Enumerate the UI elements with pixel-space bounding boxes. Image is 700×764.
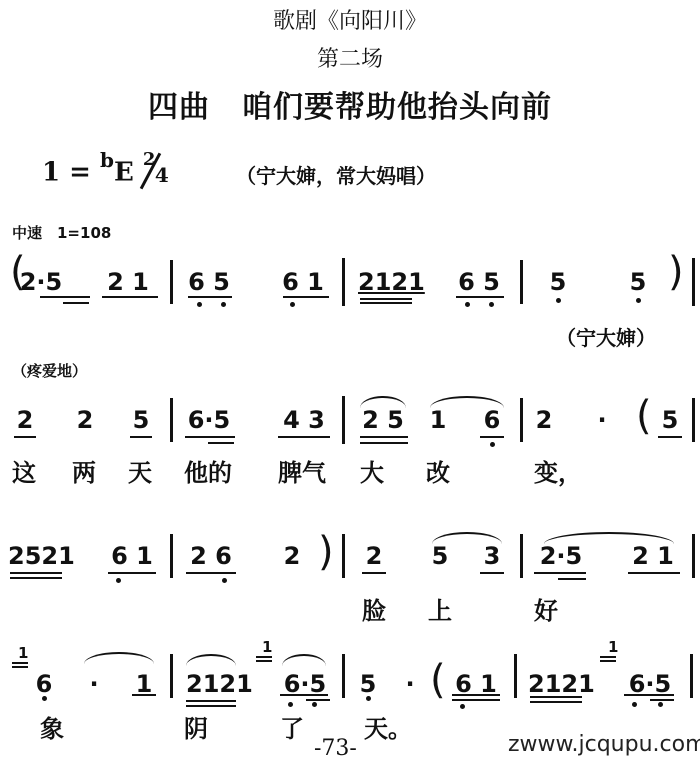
- underline: [12, 666, 28, 668]
- note: 2·5: [16, 270, 66, 294]
- lyric: 好: [534, 598, 558, 624]
- underline: [283, 296, 329, 298]
- slur: [282, 654, 326, 666]
- song-title-line: 四曲咱们要帮助他抬头向前: [0, 82, 700, 126]
- note: 2121: [358, 270, 414, 294]
- key-prefix: 1 =: [42, 158, 91, 188]
- lyric: 改: [426, 460, 450, 486]
- scene-title: 第二场: [0, 42, 700, 73]
- underline: [530, 696, 582, 698]
- note: 5: [430, 544, 450, 568]
- low-octave-dot: [465, 302, 470, 307]
- underline: [530, 701, 582, 703]
- bar-line: [170, 260, 173, 304]
- note: 2121: [528, 672, 584, 696]
- underline: [480, 436, 504, 438]
- note: 5: [660, 408, 680, 432]
- low-octave-dot: [197, 302, 202, 307]
- low-octave-dot: [116, 578, 121, 583]
- augmentation-dot: ·: [400, 672, 420, 696]
- open-paren: (: [636, 396, 652, 436]
- note: 6 5: [186, 270, 232, 294]
- bar-line: [170, 398, 173, 442]
- role-label: （宁大婶）: [556, 322, 656, 351]
- note: 6·5: [184, 408, 234, 432]
- expression-marking: （疼爱地）: [12, 360, 87, 381]
- underline: [208, 442, 234, 444]
- underline: [534, 572, 586, 574]
- underline: [480, 572, 504, 574]
- underline: [360, 442, 408, 444]
- grace-note: 1: [18, 646, 28, 661]
- underline: [63, 302, 89, 304]
- low-octave-dot: [636, 298, 641, 303]
- key-signature: 1 = bE 2 4: [42, 152, 173, 189]
- bar-line: [170, 534, 173, 578]
- underline: [10, 577, 62, 579]
- underline: [132, 694, 156, 696]
- underline: [12, 662, 28, 664]
- note: 1: [428, 408, 448, 432]
- low-octave-dot: [288, 702, 293, 707]
- low-octave-dot: [221, 302, 226, 307]
- underline: [102, 296, 158, 298]
- note: 2: [74, 408, 96, 432]
- watermark: zwww.jcqupu.com: [508, 732, 700, 757]
- bar-line: [692, 398, 695, 442]
- underline: [360, 298, 412, 300]
- flat-sign: b: [100, 148, 114, 172]
- lyric: 阴: [184, 716, 208, 742]
- underline: [10, 572, 62, 574]
- bar-line: [342, 654, 345, 698]
- lyric: 天: [128, 460, 152, 486]
- underline: [456, 296, 504, 298]
- underline: [650, 699, 674, 701]
- lyric: 两: [72, 460, 96, 486]
- note: 2: [14, 408, 36, 432]
- low-octave-dot: [489, 302, 494, 307]
- low-octave-dot: [556, 298, 561, 303]
- underline: [558, 578, 586, 580]
- note: 2: [534, 408, 554, 432]
- key-name: E: [114, 158, 134, 188]
- note: 2 5: [358, 408, 408, 432]
- bar-line: [342, 534, 345, 578]
- lyric: 脾气: [278, 460, 326, 486]
- underline: [360, 302, 412, 304]
- note: 2: [364, 544, 384, 568]
- song-title: 咱们要帮助他抬头向前: [242, 90, 552, 125]
- bar-line: [692, 258, 695, 306]
- bar-line: [514, 654, 517, 698]
- underline: [14, 436, 36, 438]
- underline: [628, 572, 680, 574]
- underline: [186, 705, 236, 707]
- underline: [362, 572, 386, 574]
- note: 2 6: [186, 544, 236, 568]
- opera-title: 歌剧《向阳川》: [0, 4, 700, 35]
- low-octave-dot: [42, 696, 47, 701]
- lyric: 脸: [362, 598, 386, 624]
- slur: [84, 652, 154, 664]
- underline: [256, 660, 272, 662]
- slur: [186, 654, 236, 666]
- note: 5: [130, 408, 152, 432]
- underline: [278, 436, 330, 438]
- time-denominator: 4: [155, 163, 169, 187]
- page-number: -73-: [314, 736, 357, 761]
- underline: [600, 660, 616, 662]
- lyric: 天。: [364, 716, 412, 742]
- low-octave-dot: [490, 442, 495, 447]
- grace-note: 1: [262, 640, 272, 655]
- bar-line: [692, 534, 695, 578]
- underline: [108, 572, 156, 574]
- lyric: 了: [280, 716, 304, 742]
- low-octave-dot: [658, 702, 663, 707]
- note: 5: [548, 270, 568, 294]
- underline: [256, 656, 272, 658]
- note: 5: [628, 270, 648, 294]
- tempo-marking: 中速 1=108: [12, 222, 111, 243]
- low-octave-dot: [290, 302, 295, 307]
- singers-label: （宁大婶，常大妈唱）: [236, 160, 436, 189]
- note: 2121: [186, 672, 238, 696]
- augmentation-dot: ·: [592, 408, 612, 432]
- underline: [188, 296, 232, 298]
- note: 6: [34, 672, 54, 696]
- note: 2521: [8, 544, 64, 568]
- low-octave-dot: [632, 702, 637, 707]
- low-octave-dot: [222, 578, 227, 583]
- note: 2 1: [100, 270, 156, 294]
- underline: [360, 436, 408, 438]
- underline: [658, 436, 682, 438]
- lyric: 这: [12, 460, 36, 486]
- lyric: 上: [428, 598, 452, 624]
- lyric: 大: [360, 460, 384, 486]
- underline: [185, 436, 235, 438]
- bar-line: [170, 654, 173, 698]
- lyric: 变，: [534, 460, 582, 486]
- bar-line: [520, 398, 523, 442]
- grace-note: 1: [608, 640, 618, 655]
- underline: [452, 699, 500, 701]
- note: 6·5: [280, 672, 330, 696]
- augmentation-dot: ·: [84, 672, 104, 696]
- note: 6 1: [280, 270, 326, 294]
- underline: [130, 436, 152, 438]
- underline: [452, 694, 500, 696]
- note: 5: [358, 672, 378, 696]
- note: 6 1: [452, 672, 500, 696]
- underline: [600, 656, 616, 658]
- underline: [186, 572, 236, 574]
- bar-line: [342, 258, 345, 306]
- underline: [306, 699, 330, 701]
- bar-line: [520, 260, 523, 304]
- note: 6 5: [456, 270, 502, 294]
- lyric: 象: [40, 716, 64, 742]
- low-octave-dot: [460, 704, 465, 709]
- underline: [40, 296, 90, 298]
- note: 4 3: [280, 408, 328, 432]
- close-paren: ): [668, 252, 684, 292]
- song-number: 四曲: [148, 90, 210, 125]
- open-paren: (: [430, 660, 446, 700]
- note: 2 1: [628, 544, 678, 568]
- low-octave-dot: [366, 696, 371, 701]
- note: 6: [482, 408, 502, 432]
- bar-line: [690, 654, 693, 698]
- note: 6 1: [108, 544, 156, 568]
- note: 1: [134, 672, 154, 696]
- low-octave-dot: [312, 702, 317, 707]
- bar-line: [520, 534, 523, 578]
- note: 2·5: [536, 544, 586, 568]
- underline: [280, 694, 328, 696]
- underline: [186, 700, 236, 702]
- underline: [624, 694, 674, 696]
- note: 2: [282, 544, 302, 568]
- time-signature: 2 4: [143, 159, 173, 189]
- note: 6·5: [624, 672, 676, 696]
- note: 3: [482, 544, 502, 568]
- close-paren: ): [318, 532, 334, 572]
- bar-line: [342, 396, 345, 444]
- lyric: 他的: [184, 460, 232, 486]
